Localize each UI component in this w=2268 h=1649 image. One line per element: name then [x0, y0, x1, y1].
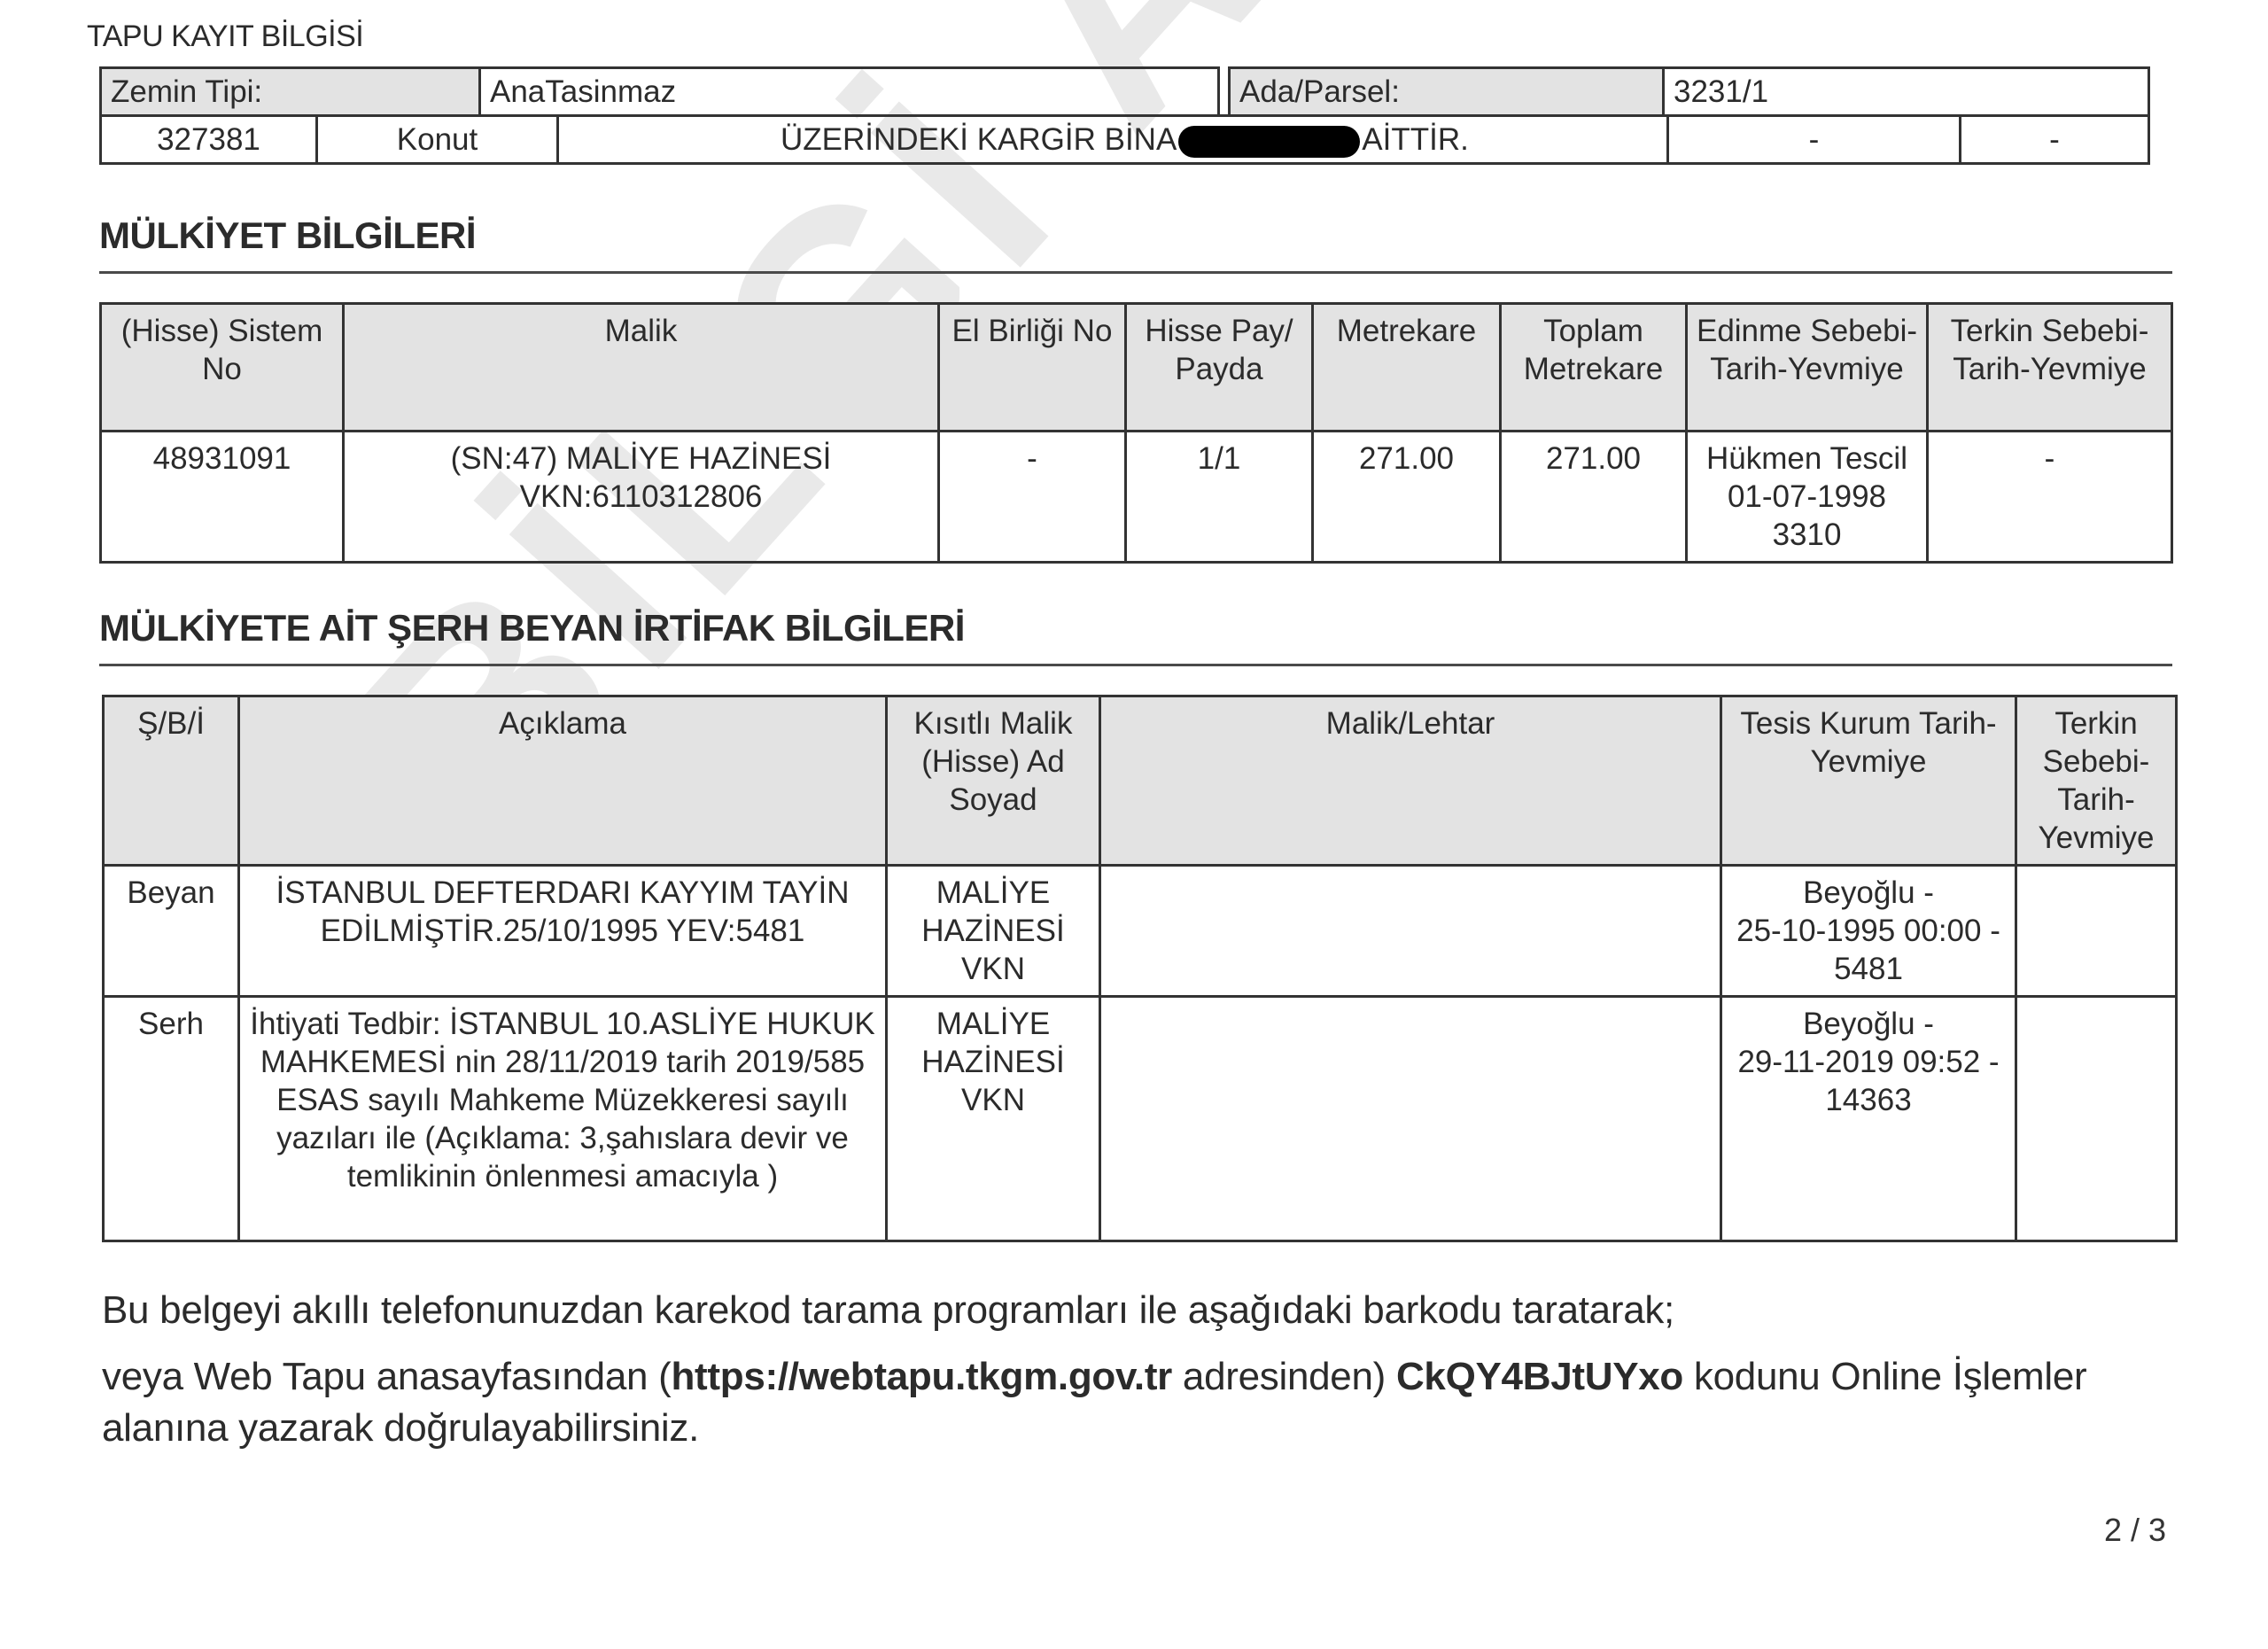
cell-terkin [2016, 997, 2177, 1241]
zemin-tipi-value: AnaTasinmaz [480, 68, 1219, 116]
cell-terkin [2016, 866, 2177, 997]
table-row: 48931091 (SN:47) MALİYE HAZİNESİ VKN:611… [101, 432, 2172, 563]
registry-description: ÜZERİNDEKİ KARGİR BİNAAİTTİR. [558, 116, 1668, 164]
cell-tesis: Beyoğlu - 29-11-2019 09:52 - 14363 [1721, 997, 2016, 1241]
header-malik-lehtar: Malik/Lehtar [1100, 696, 1721, 866]
document-title: TAPU KAYIT BİLGİSİ [87, 19, 363, 54]
header-aciklama: Açıklama [239, 696, 887, 866]
redaction-block [1178, 126, 1360, 158]
registry-type: Konut [317, 116, 558, 164]
header-terkin: Terkin Sebebi-Tarih-Yevmiye [2016, 696, 2177, 866]
verification-instructions-line1: Bu belgeyi akıllı telefonunuzdan karekod… [102, 1287, 1674, 1334]
verification-instructions-line3: alanına yazarak doğrulayabilirsiniz. [102, 1405, 699, 1451]
malik-vkn: VKN:6110312806 [350, 478, 932, 516]
malik-name: (SN:47) MALİYE HAZİNESİ [350, 439, 932, 478]
ownership-section-title: MÜLKİYET BİLGİLERİ [99, 214, 476, 257]
cell-sistem-no: 48931091 [101, 432, 344, 563]
cell-description: İhtiyati Tedbir: İSTANBUL 10.ASLİYE HUKU… [239, 997, 887, 1241]
webtapu-url[interactable]: https://webtapu.tkgm.gov.tr [671, 1355, 1172, 1398]
registry-col6: - [1961, 116, 2149, 164]
tesis-office: Beyoğlu - [1728, 874, 2009, 912]
cell-edinme: Hükmen Tescil 01-07-1998 3310 [1687, 432, 1928, 563]
header-kisitli-malik: Kısıtlı Malik (Hisse) Ad Soyad [887, 696, 1100, 866]
edinme-reason: Hükmen Tescil [1693, 439, 1921, 478]
encumbrance-table: Ş/B/İ Açıklama Kısıtlı Malik (Hisse) Ad … [102, 695, 2178, 1242]
cell-type: Serh [104, 997, 239, 1241]
edinme-yevmiye: 3310 [1693, 516, 1921, 554]
cell-owner-beneficiary [1100, 866, 1721, 997]
cell-el-birligi: - [939, 432, 1126, 563]
description-suffix: AİTTİR. [1362, 122, 1469, 157]
header-sbi: Ş/B/İ [104, 696, 239, 866]
registry-col5: - [1668, 116, 1961, 164]
section-divider [99, 271, 2172, 274]
table-row: Serh İhtiyati Tedbir: İSTANBUL 10.ASLİYE… [104, 997, 2177, 1241]
header-edinme: Edinme Sebebi-Tarih-Yevmiye [1687, 304, 1928, 432]
header-terkin: Terkin Sebebi-Tarih-Yevmiye [1928, 304, 2172, 432]
tesis-office: Beyoğlu - [1728, 1005, 2009, 1043]
registry-number: 327381 [101, 116, 317, 164]
cell-type: Beyan [104, 866, 239, 997]
header-tesis: Tesis Kurum Tarih-Yevmiye [1721, 696, 2016, 866]
cell-tesis: Beyoğlu - 25-10-1995 00:00 - 5481 [1721, 866, 2016, 997]
cell-owner-beneficiary [1100, 997, 1721, 1241]
verification-code: CkQY4BJtUYxo [1396, 1355, 1683, 1398]
edinme-date: 01-07-1998 [1693, 478, 1921, 516]
encumbrance-section-title: MÜLKİYETE AİT ŞERH BEYAN İRTİFAK BİLGİLE… [99, 607, 965, 649]
tesis-date: 25-10-1995 00:00 - [1728, 912, 2009, 950]
cell-description: İSTANBUL DEFTERDARI KAYYIM TAYİN EDİLMİŞ… [239, 866, 887, 997]
header-malik: Malik [344, 304, 939, 432]
description-prefix: ÜZERİNDEKİ KARGİR BİNA [781, 122, 1177, 157]
line2-suffix: kodunu Online İşlemler [1683, 1355, 2086, 1398]
line2-prefix: veya Web Tapu anasayfasından ( [102, 1355, 671, 1398]
cell-hisse: 1/1 [1126, 432, 1313, 563]
cell-metrekare: 271.00 [1313, 432, 1501, 563]
header-hisse: Hisse Pay/ Payda [1126, 304, 1313, 432]
cell-restricted-owner: MALİYE HAZİNESİ VKN [887, 997, 1100, 1241]
cell-toplam-metrekare: 271.00 [1501, 432, 1687, 563]
spacer [1219, 68, 1230, 116]
cell-restricted-owner: MALİYE HAZİNESİ VKN [887, 866, 1100, 997]
header-sistem-no: (Hisse) Sistem No [101, 304, 344, 432]
cell-terkin: - [1928, 432, 2172, 563]
ownership-table: (Hisse) Sistem No Malik El Birliği No Hi… [99, 302, 2173, 564]
zemin-tipi-label: Zemin Tipi: [101, 68, 480, 116]
ada-parsel-label: Ada/Parsel: [1230, 68, 1664, 116]
header-el-birligi: El Birliği No [939, 304, 1126, 432]
cell-malik: (SN:47) MALİYE HAZİNESİ VKN:6110312806 [344, 432, 939, 563]
registry-table: Zemin Tipi: AnaTasinmaz Ada/Parsel: 3231… [99, 66, 2150, 165]
page-number: 2 / 3 [2104, 1512, 2166, 1549]
ada-parsel-value: 3231/1 [1664, 68, 2149, 116]
section-divider [99, 664, 2172, 666]
tesis-yevmiye: 5481 [1728, 950, 2009, 988]
header-toplam-metrekare: Toplam Metrekare [1501, 304, 1687, 432]
tesis-yevmiye: 14363 [1728, 1081, 2009, 1119]
header-metrekare: Metrekare [1313, 304, 1501, 432]
table-row: Beyan İSTANBUL DEFTERDARI KAYYIM TAYİN E… [104, 866, 2177, 997]
verification-instructions-line2: veya Web Tapu anasayfasından (https://we… [102, 1354, 2086, 1400]
tesis-date: 29-11-2019 09:52 - [1728, 1043, 2009, 1081]
line2-middle: adresinden) [1172, 1355, 1396, 1398]
